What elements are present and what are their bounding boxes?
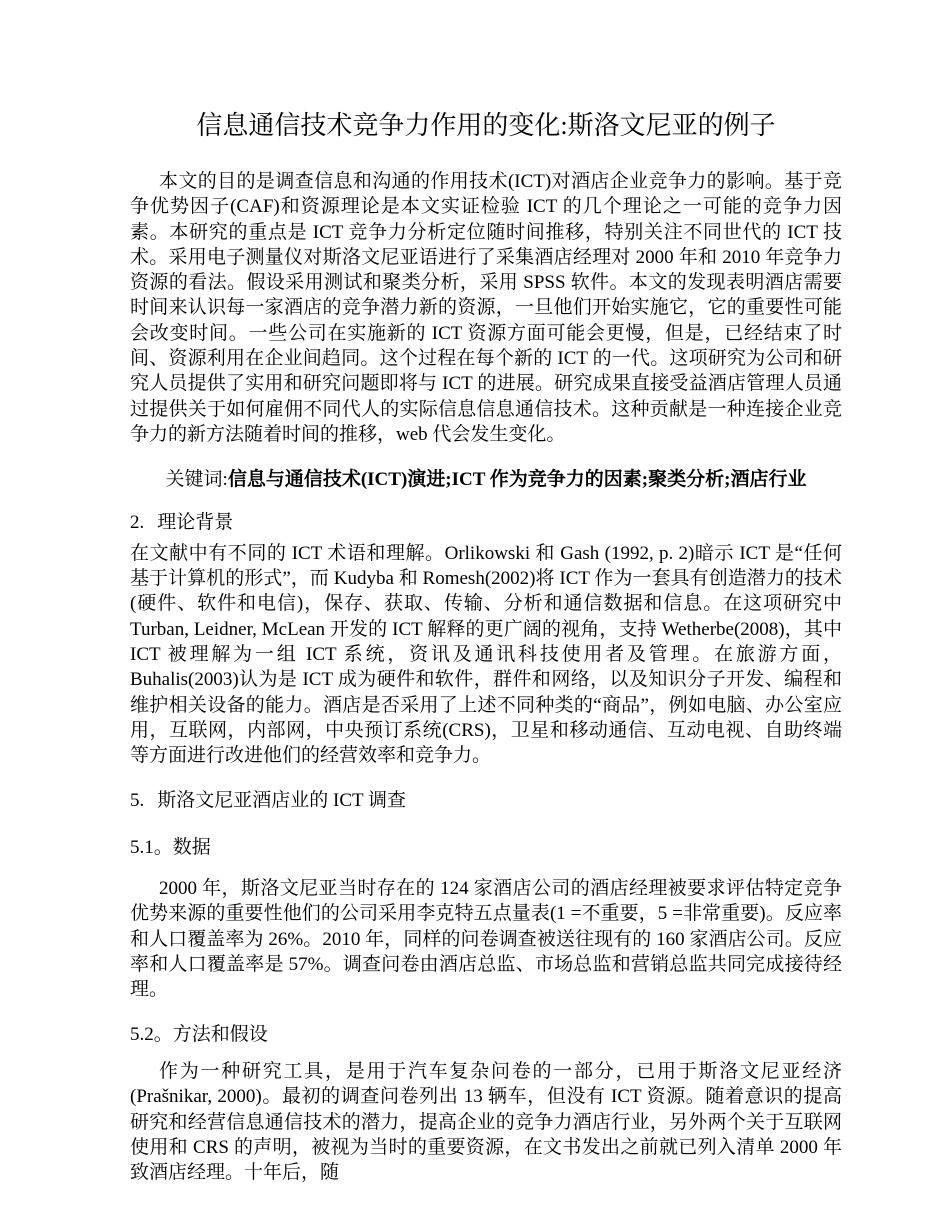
section-heading-theory: 2.理论背景 (130, 510, 842, 535)
document-page: 信息通信技术竞争力作用的变化:斯洛文尼亚的例子 本文的目的是调查信息和沟通的作用… (0, 0, 952, 1232)
section-heading-methods: 5.2。方法和假设 (130, 1022, 842, 1047)
section-title: 理论背景 (157, 512, 233, 533)
section-heading-survey: 5.斯洛文尼亚酒店业的 ICT 调查 (130, 788, 842, 813)
abstract-paragraph: 本文的目的是调查信息和沟通的作用技术(ICT)对酒店企业竞争力的影响。基于竞争优… (130, 169, 842, 447)
doc-title: 信息通信技术竞争力作用的变化:斯洛文尼亚的例子 (130, 109, 842, 143)
section-title: 方法和假设 (173, 1024, 268, 1045)
section-number: 5.2。 (130, 1024, 173, 1045)
keywords-label: 关键词: (166, 469, 228, 490)
section-methods-body: 作为一种研究工具，是用于汽车复杂问卷的一部分，已用于斯洛文尼亚经济(Prašni… (130, 1059, 842, 1185)
section-theory-body: 在文献中有不同的 ICT 术语和理解。Orlikowski 和 Gash (19… (130, 541, 842, 769)
section-number: 2. (130, 512, 144, 533)
section-number: 5.1。 (130, 837, 173, 858)
section-data-body: 2000 年，斯洛文尼亚当时存在的 124 家酒店公司的酒店经理被要求评估特定竞… (130, 876, 842, 1002)
keywords-line: 关键词:信息与通信技术(ICT)演进;ICT 作为竞争力的因素;聚类分析;酒店行… (130, 467, 842, 492)
section-title: 数据 (173, 837, 211, 858)
section-heading-data: 5.1。数据 (130, 835, 842, 860)
section-title: 斯洛文尼亚酒店业的 ICT 调查 (157, 790, 406, 811)
section-number: 5. (130, 790, 144, 811)
keywords-text: 信息与通信技术(ICT)演进;ICT 作为竞争力的因素;聚类分析;酒店行业 (228, 469, 807, 490)
